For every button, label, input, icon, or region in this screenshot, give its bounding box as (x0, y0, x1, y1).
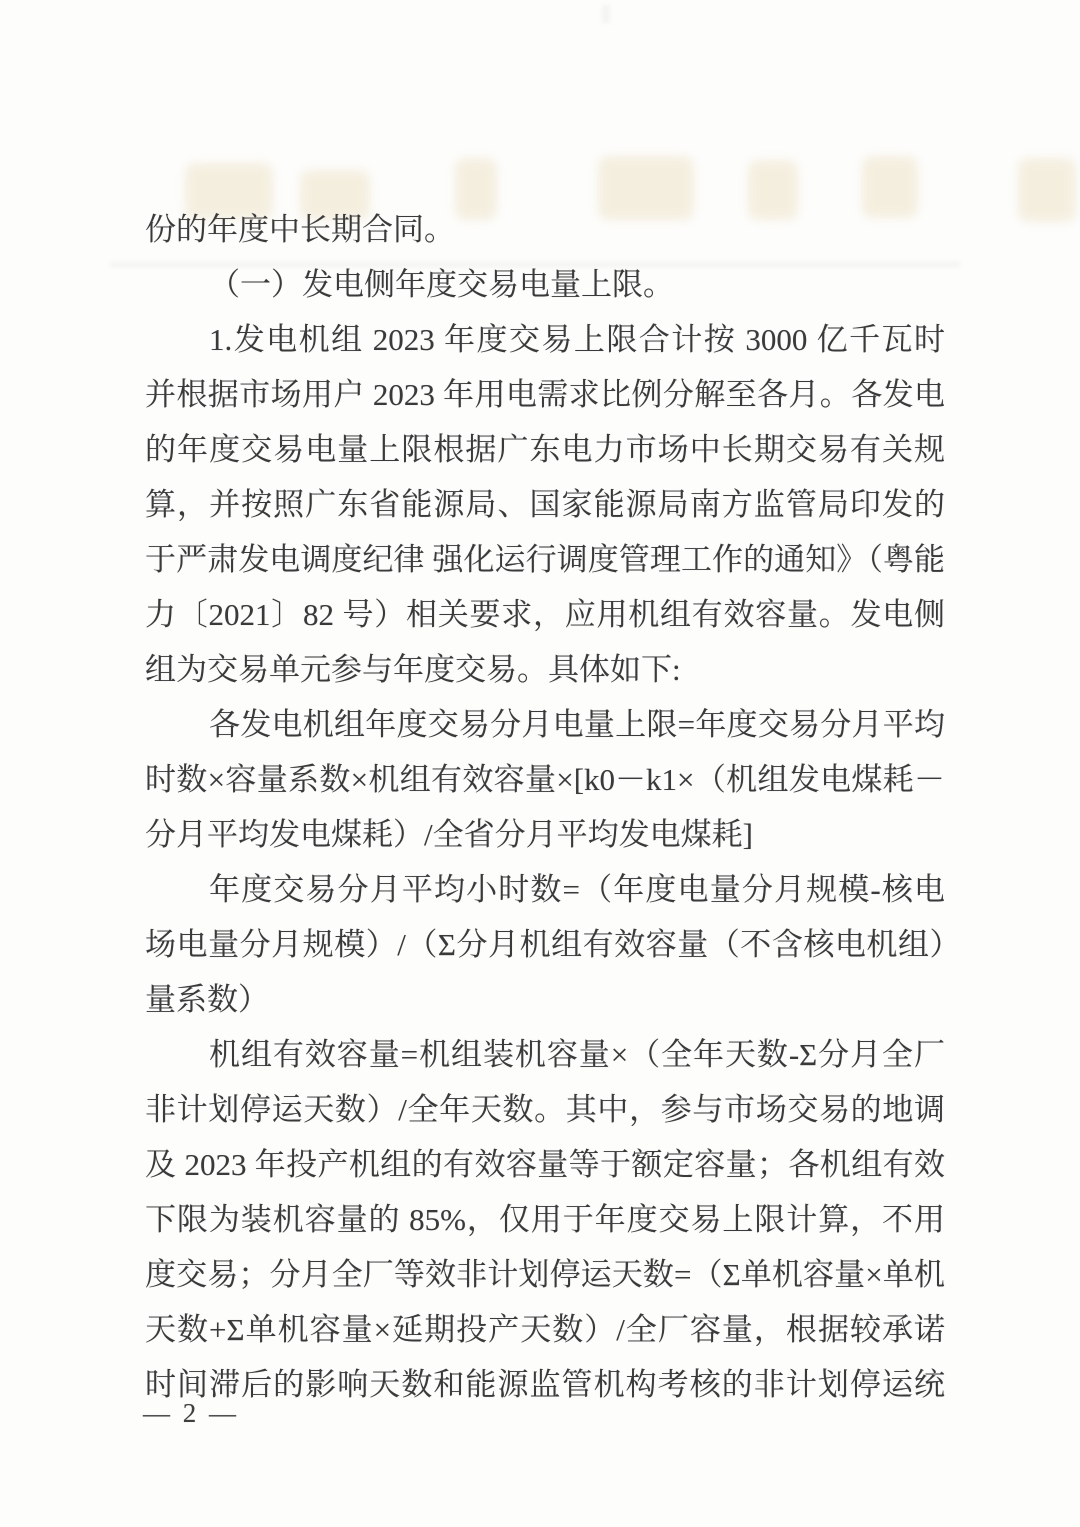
text-line: 天数+Σ单机容量×延期投产天数）/全厂容量，根据较承诺投产 (145, 1302, 945, 1357)
text-line: 各发电机组年度交易分月电量上限=年度交易分月平均小 (145, 697, 945, 752)
text-line: （一）发电侧年度交易电量上限。 (145, 257, 945, 312)
text-line: 算，并按照广东省能源局、国家能源局南方监管局印发的《关 (145, 477, 945, 532)
text-line: 份的年度中长期合同。 (145, 202, 945, 257)
ink-bleedthrough-mark (1018, 158, 1076, 222)
document-page: 份的年度中长期合同。（一）发电侧年度交易电量上限。1.发电机组 2023 年度交… (0, 0, 1080, 1527)
text-line: 非计划停运天数）/全年天数。其中，参与市场交易的地调机组 (145, 1082, 945, 1137)
text-line: 度交易；分月全厂等效非计划停运天数=（Σ单机容量×单机非停 (145, 1247, 945, 1302)
text-line: 年度交易分月平均小时数=（年度电量分月规模-核电年度市 (145, 862, 945, 917)
text-line: 的年度交易电量上限根据广东电力市场中长期交易有关规则计 (145, 422, 945, 477)
text-line: 1.发电机组 2023 年度交易上限合计按 3000 亿千瓦时安排， (145, 312, 945, 367)
text-line: 力〔2021〕82 号）相关要求，应用机组有效容量。发电侧以机 (145, 587, 945, 642)
text-line: 及 2023 年投产机组的有效容量等于额定容量；各机组有效容量 (145, 1137, 945, 1192)
text-line: 分月平均发电煤耗）/全省分月平均发电煤耗] (145, 807, 945, 862)
page-number: — 2 — (143, 1398, 239, 1429)
text-line: 时间滞后的影响天数和能源监管机构考核的非计划停运统计数 (145, 1357, 945, 1412)
text-line: 下限为装机容量的 85%，仅用于年度交易上限计算，不用于月 (145, 1192, 945, 1247)
text-line: 机组有效容量=机组装机容量×（全年天数-Σ分月全厂等效 (145, 1027, 945, 1082)
text-line: 于严肃发电调度纪律 强化运行调度管理工作的通知》（粤能电 (145, 532, 945, 587)
text-line: 量系数） (145, 972, 945, 1027)
document-body: 份的年度中长期合同。（一）发电侧年度交易电量上限。1.发电机组 2023 年度交… (145, 202, 945, 1412)
scan-artifact (602, 5, 610, 23)
text-line: 场电量分月规模）/（Σ分月机组有效容量（不含核电机组）×容 (145, 917, 945, 972)
text-line: 组为交易单元参与年度交易。具体如下: (145, 642, 945, 697)
text-line: 时数×容量系数×机组有效容量×[k0－k1×（机组发电煤耗－全省 (145, 752, 945, 807)
text-line: 并根据市场用户 2023 年用电需求比例分解至各月。各发电机组 (145, 367, 945, 422)
